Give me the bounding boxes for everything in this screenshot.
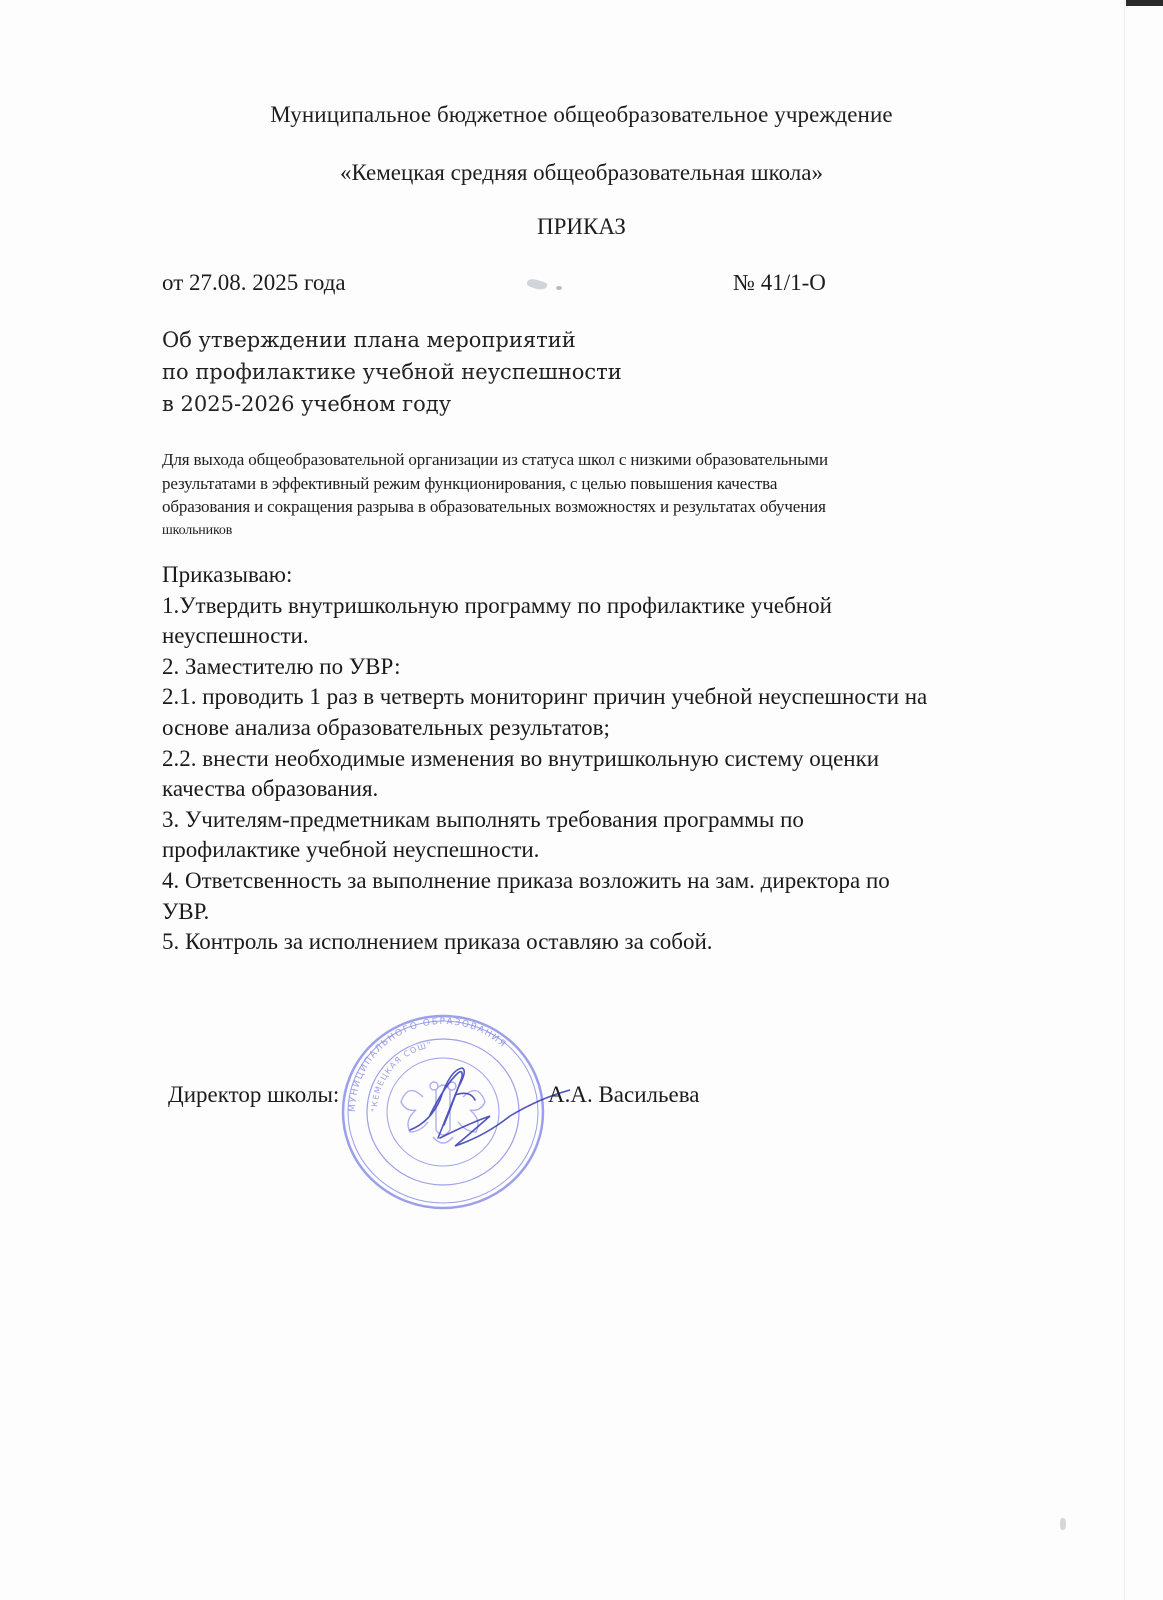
body-line: УВР. [162, 897, 1042, 928]
body-line: 4. Ответсвенность за выполнение приказа … [162, 866, 1042, 897]
body-line: Приказываю: [162, 560, 1042, 591]
body-line: основе анализа образовательных результат… [162, 713, 1042, 744]
school-name: «Кемецкая средняя общеобразовательная шк… [0, 160, 1163, 186]
body-line: 5. Контроль за исполнением приказа остав… [162, 927, 1042, 958]
body-line: 2.1. проводить 1 раз в четверть монитори… [162, 682, 1042, 713]
scan-speck [1060, 1518, 1066, 1530]
order-number: № 41/1-О [733, 270, 826, 296]
handwritten-signature-icon [400, 1060, 570, 1150]
order-subject: Об утверждении плана мероприятий по проф… [162, 324, 622, 420]
signer-position: Директор школы: [168, 1082, 339, 1108]
order-preamble: Для выхода общеобразовательной организац… [162, 448, 1002, 542]
body-line: 3. Учителям-предметникам выполнять требо… [162, 805, 1042, 836]
body-line: 1.Утвердить внутришкольную программу по … [162, 591, 1042, 622]
body-line: неуспешности. [162, 621, 1042, 652]
subject-line: в 2025-2026 учебном году [162, 388, 622, 420]
signer-name: А.А. Васильева [548, 1082, 699, 1108]
preamble-line: образования и сокращения разрыва в образ… [162, 495, 1002, 519]
organization-name: Муниципальное бюджетное общеобразователь… [0, 102, 1163, 128]
scan-corner-mark [1126, 0, 1163, 6]
document-type-title: ПРИКАЗ [0, 214, 1163, 240]
preamble-line: результатами в эффективный режим функцио… [162, 472, 1002, 496]
scan-smudge [526, 277, 548, 292]
order-date: от 27.08. 2025 года [162, 270, 346, 296]
scan-smudge [556, 286, 562, 290]
body-line: 2.2. внести необходимые изменения во вну… [162, 744, 1042, 775]
order-body: Приказываю: 1.Утвердить внутришкольную п… [162, 560, 1042, 958]
subject-line: Об утверждении плана мероприятий [162, 324, 622, 356]
subject-line: по профилактике учебной неуспешности [162, 356, 622, 388]
body-line: профилактике учебной неуспешности. [162, 835, 1042, 866]
body-line: 2. Заместителю по УВР: [162, 652, 1042, 683]
scan-edge-line [1124, 0, 1125, 1600]
preamble-line: школьников [162, 519, 1002, 543]
preamble-line: Для выхода общеобразовательной организац… [162, 448, 1002, 472]
body-line: качества образования. [162, 774, 1042, 805]
